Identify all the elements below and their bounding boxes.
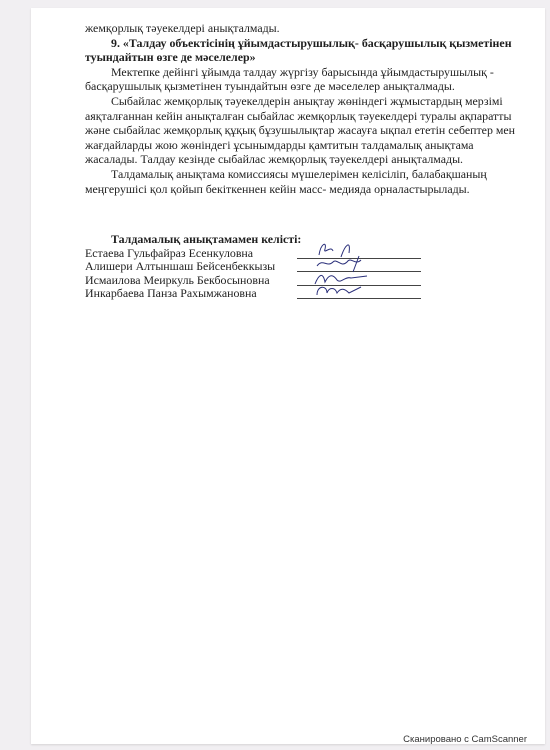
signatory-name: Инкарбаева Панза Рахымжановна — [85, 287, 257, 301]
document-body: жемқорлық тәуекелдері анықталмады. 9. «Т… — [85, 21, 525, 196]
footer: Сканировано с CamScanner — [31, 723, 545, 750]
section-heading: 9. «Талдау объектісінің ұйымдастырушылық… — [85, 36, 525, 65]
signature-icon — [311, 281, 381, 301]
signatory-name: Естаева Гульфайраз Есенкуловна — [85, 247, 253, 261]
paragraph: Талдамалық анықтама комиссиясы мүшелерім… — [85, 167, 525, 196]
paragraph: Мектепке дейінгі ұйымда талдау жүргізу б… — [85, 65, 525, 94]
paragraph: Сыбайлас жемқорлық тәуекелдерін анықтау … — [85, 94, 525, 167]
signatory-name: Алишери Алтыншаш Бейсенбеккызы — [85, 260, 275, 274]
scanned-page: жемқорлық тәуекелдері анықталмады. 9. «Т… — [31, 8, 545, 744]
signature-row: Алишери Алтыншаш Бейсенбеккызы — [85, 260, 465, 274]
signatory-name: Исмаилова Меиркуль Бекбосыновна — [85, 274, 270, 288]
signature-row: Инкарбаева Панза Рахымжановна — [85, 287, 465, 301]
signature-title: Талдамалық анықтамамен келісті: — [85, 233, 465, 247]
signature-block: Талдамалық анықтамамен келісті: Естаева … — [85, 233, 465, 301]
signature-row: Естаева Гульфайраз Есенкуловна — [85, 247, 465, 261]
paragraph-continuation: жемқорлық тәуекелдері анықталмады. — [85, 21, 525, 36]
camscanner-watermark: Сканировано с CamScanner — [403, 734, 527, 745]
signature-row: Исмаилова Меиркуль Бекбосыновна — [85, 274, 465, 288]
